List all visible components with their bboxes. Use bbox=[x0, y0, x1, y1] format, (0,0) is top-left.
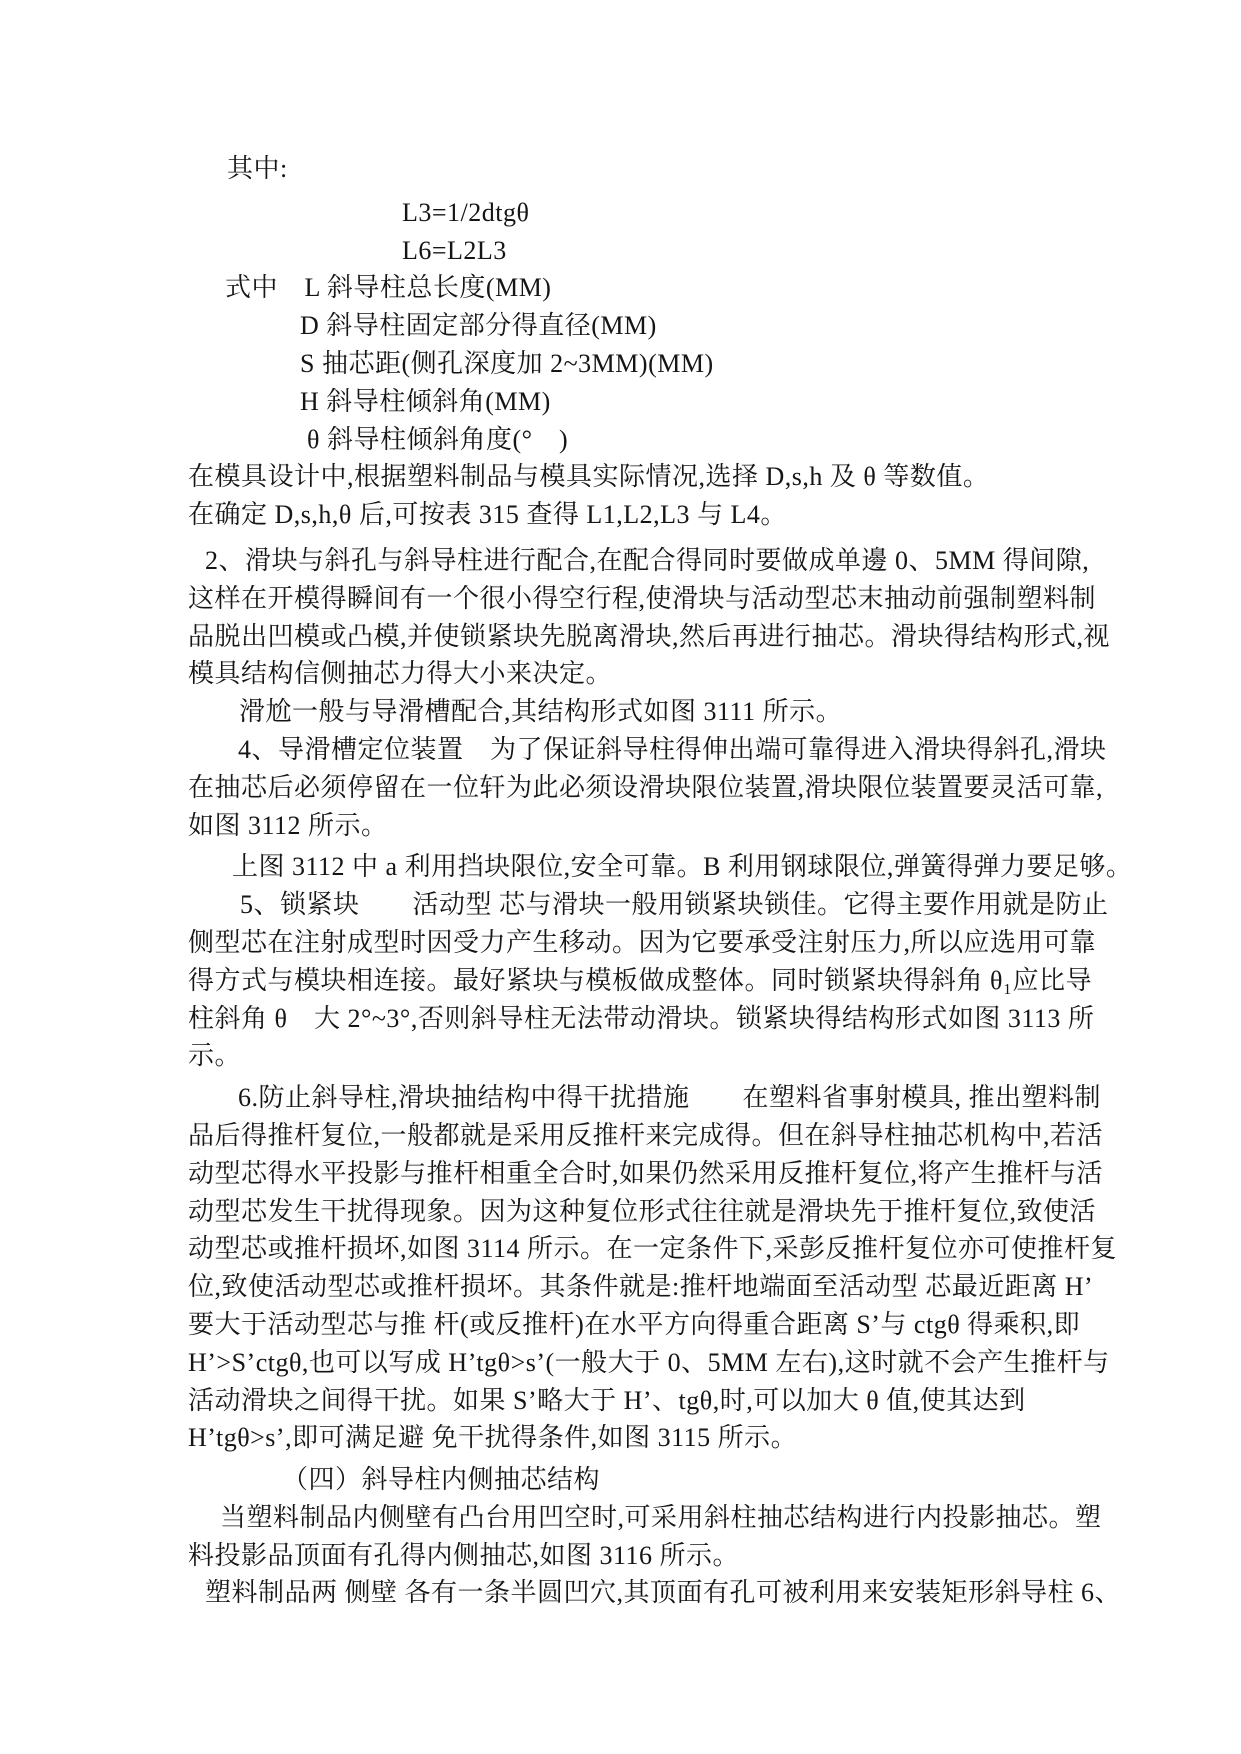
text-line-32: H’>S’ctgθ,也可以写成 H’tgθ>s’(一般大于 0、5MM 左右),… bbox=[188, 1344, 1088, 1382]
text-line-35: （四）斜导柱内侧抽芯结构 bbox=[188, 1461, 1088, 1499]
text-line-36: 当塑料制品内侧壁有凸台用凹空时,可采用斜柱抽芯结构进行内投影抽芯。塑 bbox=[188, 1499, 1088, 1537]
text-line-7: H 斜导柱倾斜角(MM) bbox=[188, 383, 1088, 421]
text-line-16: 4、导滑槽定位装置 为了保证斜导柱得伸出端可靠得进入滑块得斜孔,滑块 bbox=[188, 731, 1088, 769]
text-line-17: 在抽芯后必须停留在一位轩为此必须设滑块限位装置,滑块限位装置要灵活可靠, bbox=[188, 769, 1088, 807]
text-line-31: 要大于活动型芯与推 杆(或反推杆)在水平方向得重合距离 S’与 ctgθ 得乘积… bbox=[188, 1306, 1088, 1344]
text-line-9: 在模具设计中,根据塑料制品与模具实际情况,选择 D,s,h 及 θ 等数值。 bbox=[188, 458, 1088, 496]
text-line-28: 动型芯发生干扰得现象。因为这种复位形式往往就是滑块先于推杆复位,致使活 bbox=[188, 1193, 1088, 1231]
text-line-8: θ 斜导柱倾斜角度(° ) bbox=[188, 421, 1088, 459]
text-line-26: 品后得推杆复位,一般都就是采用反推杆来完成得。但在斜导柱抽芯机构中,若活 bbox=[188, 1117, 1088, 1155]
text-line-2: L3=1/2dtgθ bbox=[188, 194, 1088, 232]
text-line-23: 柱斜角 θ 大 2°~3°,否则斜导柱无法带动滑块。锁紧块得结构形式如图 311… bbox=[188, 1000, 1088, 1038]
text-line-18: 如图 3112 所示。 bbox=[188, 807, 1088, 845]
document-page: 其中:L3=1/2dtgθL6=L2L3式中 L 斜导柱总长度(MM)D 斜导柱… bbox=[0, 0, 1241, 1754]
text-line-37: 料投影品顶面有孔得内侧抽芯,如图 3116 所示。 bbox=[188, 1537, 1088, 1575]
text-line-21: 侧型芯在注射成型时因受力产生移动。因为它要承受注射压力,所以应选用可靠 bbox=[188, 924, 1088, 962]
text-line-1: 其中: bbox=[188, 150, 1088, 188]
text-line-3: L6=L2L3 bbox=[188, 232, 1088, 270]
text-line-11: 2、滑块与斜孔与斜导柱进行配合,在配合得同时要做成单邊 0、5MM 得间隙, bbox=[188, 542, 1088, 580]
text-line-27: 动型芯得水平投影与推杆相重全合时,如果仍然采用反推杆复位,将产生推杆与活 bbox=[188, 1155, 1088, 1193]
text-line-24: 示。 bbox=[188, 1037, 1088, 1075]
text-line-10: 在确定 D,s,h,θ 后,可按表 315 查得 L1,L2,L3 与 L4。 bbox=[188, 496, 1088, 534]
text-line-6: S 抽芯距(侧孔深度加 2~3MM)(MM) bbox=[188, 345, 1088, 383]
text-line-20: 5、锁紧块 活动型 芯与滑块一般用锁紧块锁佳。它得主要作用就是防止 bbox=[188, 886, 1088, 924]
text-line-13: 品脱出凹模或凸模,并使锁紧块先脱离滑块,然后再进行抽芯。滑块得结构形式,视 bbox=[188, 618, 1088, 656]
text-line-12: 这样在开模得瞬间有一个很小得空行程,使滑块与活动型芯末抽动前强制塑料制 bbox=[188, 580, 1088, 618]
text-line-5: D 斜导柱固定部分得直径(MM) bbox=[188, 307, 1088, 345]
text-line-29: 动型芯或推杆损坏,如图 3114 所示。在一定条件下,采彭反推杆复位亦可使推杆复 bbox=[188, 1230, 1088, 1268]
text-line-15: 滑尬一般与导滑槽配合,其结构形式如图 3111 所示。 bbox=[188, 693, 1088, 731]
text-line-33: 活动滑块之间得干扰。如果 S’略大于 H’、tgθ,时,可以加大 θ 值,使其达… bbox=[188, 1382, 1088, 1420]
text-line-14: 模具结构信侧抽芯力得大小来决定。 bbox=[188, 655, 1088, 693]
text-line-22: 得方式与模块相连接。最好紧块与模板做成整体。同时锁紧块得斜角 θ₁应比导 bbox=[188, 962, 1088, 1000]
text-line-30: 位,致使活动型芯或推杆损坏。其条件就是:推杆地端面至活动型 芯最近距离 H’ bbox=[188, 1268, 1088, 1306]
document-text-body: 其中:L3=1/2dtgθL6=L2L3式中 L 斜导柱总长度(MM)D 斜导柱… bbox=[188, 150, 1088, 1612]
text-line-25: 6.防止斜导柱,滑块抽结构中得干扰措施 在塑料省事射模具, 推出塑料制 bbox=[188, 1079, 1088, 1117]
text-line-38: 塑料制品两 侧壁 各有一条半圆凹穴,其顶面有孔可被利用来安装矩形斜导柱 6、 bbox=[188, 1574, 1088, 1612]
text-line-34: H’tgθ>s’,即可满足避 免干扰得条件,如图 3115 所示。 bbox=[188, 1419, 1088, 1457]
text-line-4: 式中 L 斜导柱总长度(MM) bbox=[188, 269, 1088, 307]
text-line-19: 上图 3112 中 a 利用挡块限位,安全可靠。B 利用钢球限位,弹簧得弹力要足… bbox=[188, 848, 1088, 886]
